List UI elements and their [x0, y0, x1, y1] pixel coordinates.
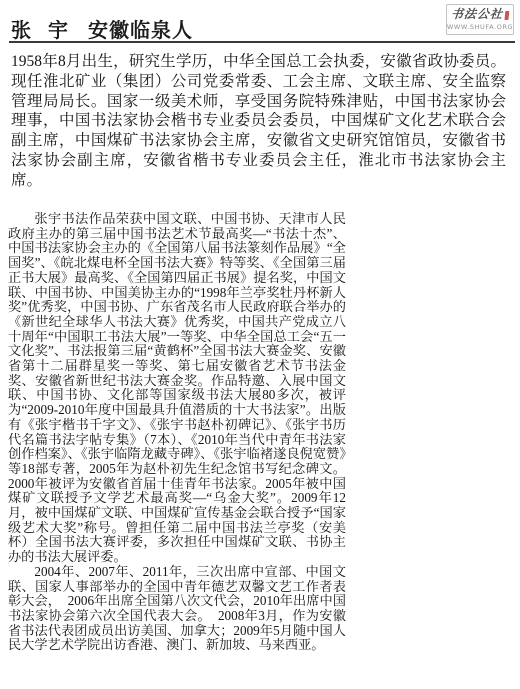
document-page: 张 宇安徽临泉人 书法公社 WWW.SHUFA.ORG 1958年8月出生，研究…: [0, 0, 520, 689]
person-name: 张 宇: [11, 20, 74, 42]
shufa-calligraphy-logo: 书法公社: [450, 8, 509, 21]
title-underline-rule: [9, 41, 515, 43]
achievements-paragraph: 张宇书法作品荣获中国文联、中国书协、天津市人民政府主办的第三届中国书法艺术节最高…: [8, 212, 346, 565]
intro-paragraph: 1958年8月出生，研究生学历，中华全国总工会执委，安徽省政协委员。现任淮北矿业…: [11, 52, 506, 191]
page-title: 张 宇安徽临泉人: [11, 14, 193, 43]
activities-paragraph: 2004年、2007年、2011年，三次出席中宣部、中国文联、国家人事部举办的全…: [8, 565, 346, 653]
red-seal-icon: [504, 11, 509, 20]
shufa-logo-text: 书法公社: [450, 7, 503, 21]
biography-detail-block: 张宇书法作品荣获中国文联、中国书协、天津市人民政府主办的第三届中国书法艺术节最高…: [8, 212, 346, 653]
shufa-url-text: WWW.SHUFA.ORG: [447, 23, 513, 31]
person-origin: 安徽临泉人: [88, 20, 193, 42]
shufa-watermark-logo: 书法公社 WWW.SHUFA.ORG: [446, 4, 514, 35]
